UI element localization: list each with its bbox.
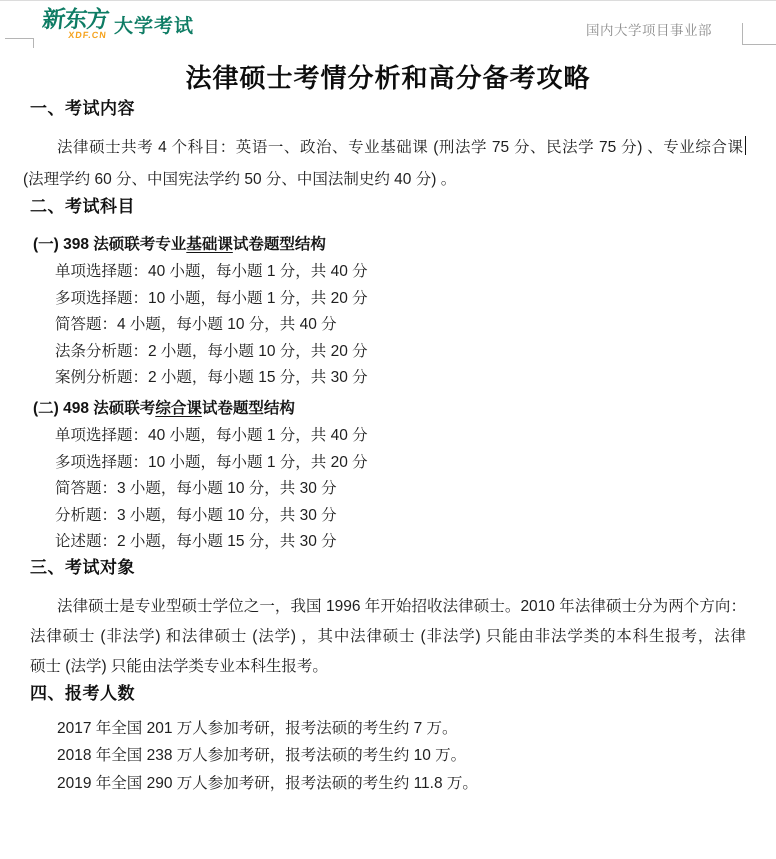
paragraph-line: 法律硕士是专业型硕士学位之一，我国 1996 年开始招收法律硕士。2010 年法… xyxy=(30,592,746,622)
question-structure-list-398: 单项选择题：40 小题，每小题 1 分，共 40 分 多项选择题：10 小题，每… xyxy=(55,259,746,392)
document-title: 法律硕士考情分析和高分备考攻略 xyxy=(30,59,746,97)
subsection-underlined-text: 基础课 xyxy=(186,236,233,253)
list-item: 多项选择题：10 小题，每小题 1 分，共 20 分 xyxy=(55,286,746,313)
paragraph-line: 硕士 (法学) 只能由法学类专业本科生报考。 xyxy=(30,652,746,682)
section-heading-exam-subjects: 二、考试科目 xyxy=(30,195,746,218)
section-heading-applicants: 四、报考人数 xyxy=(30,682,746,705)
list-item: 简答题：3 小题，每小题 10 分，共 30 分 xyxy=(55,476,746,503)
section-heading-exam-content: 一、考试内容 xyxy=(30,97,746,120)
paragraph-line: 法律硕士共考 4 个科目：英语一、政治、专业基础课 (刑法学 75 分、民法学 … xyxy=(30,132,746,164)
paragraph-text: 法律硕士共考 4 个科目：英语一、政治、专业基础课 (刑法学 75 分、民法学 … xyxy=(57,139,744,156)
text-cursor xyxy=(745,136,747,155)
margin-corner-mark-right xyxy=(742,23,776,45)
subsection-heading-498: (二) 498 法硕联考综合课试卷题型结构 xyxy=(33,397,746,420)
stat-line-2018: 2018 年全国 238 万人参加考研，报考法硕的考生约 10 万。 xyxy=(57,742,746,770)
logo-domain-text: XDF.CN xyxy=(68,31,107,40)
subsection-heading-398: (一) 398 法硕联考专业基础课试卷题型结构 xyxy=(33,233,746,256)
list-item: 简答题：4 小题，每小题 10 分，共 40 分 xyxy=(55,312,746,339)
list-item: 单项选择题：40 小题，每小题 1 分，共 40 分 xyxy=(55,423,746,450)
subsection-text: 试卷题型结构 xyxy=(233,236,326,253)
list-item: 论述题：2 小题，每小题 15 分，共 30 分 xyxy=(55,529,746,556)
list-item: 多项选择题：10 小题，每小题 1 分，共 20 分 xyxy=(55,450,746,477)
subsection-text: 试卷题型结构 xyxy=(202,400,295,417)
subsection-text: (二) 498 法硕联考 xyxy=(33,400,155,417)
department-label: 国内大学项目事业部 xyxy=(586,19,712,39)
subsection-underlined-text: 综合课 xyxy=(155,400,202,417)
page-header: 新东方 XDF.CN 大学考试 国内大学项目事业部 xyxy=(30,1,746,49)
logo-brand-text: 新东方 xyxy=(41,7,110,31)
xdf-logo: 新东方 XDF.CN xyxy=(40,7,109,40)
list-item: 法条分析题：2 小题，每小题 10 分，共 20 分 xyxy=(55,339,746,366)
applicants-stats: 2017 年全国 201 万人参加考研，报考法硕的考生约 7 万。 2018 年… xyxy=(57,715,746,798)
document-page: 新东方 XDF.CN 大学考试 国内大学项目事业部 法律硕士考情分析和高分备考攻… xyxy=(0,1,776,859)
stat-line-2019: 2019 年全国 290 万人参加考研，报考法硕的考生约 11.8 万。 xyxy=(57,770,746,798)
list-item: 案例分析题：2 小题，每小题 15 分，共 30 分 xyxy=(55,365,746,392)
logo-product-text: 大学考试 xyxy=(114,11,194,38)
subsection-text: (一) 398 法硕联考专业 xyxy=(33,236,186,253)
question-structure-list-498: 单项选择题：40 小题，每小题 1 分，共 40 分 多项选择题：10 小题，每… xyxy=(55,423,746,556)
list-item: 单项选择题：40 小题，每小题 1 分，共 40 分 xyxy=(55,259,746,286)
paragraph-line: (法理学约 60 分、中国宪法学约 50 分、中国法制史约 40 分) 。 xyxy=(23,164,746,196)
paragraph-line: 法律硕士 (非法学) 和法律硕士 (法学) ，其中法律硕士 (非法学) 只能由非… xyxy=(30,622,746,652)
margin-corner-mark-left xyxy=(5,38,34,48)
section-heading-exam-targets: 三、考试对象 xyxy=(30,556,746,579)
exam-targets-paragraph: 法律硕士是专业型硕士学位之一，我国 1996 年开始招收法律硕士。2010 年法… xyxy=(30,592,746,682)
list-item: 分析题：3 小题，每小题 10 分，共 30 分 xyxy=(55,503,746,530)
stat-line-2017: 2017 年全国 201 万人参加考研，报考法硕的考生约 7 万。 xyxy=(57,715,746,743)
exam-content-paragraph: 法律硕士共考 4 个科目：英语一、政治、专业基础课 (刑法学 75 分、民法学 … xyxy=(30,132,746,195)
